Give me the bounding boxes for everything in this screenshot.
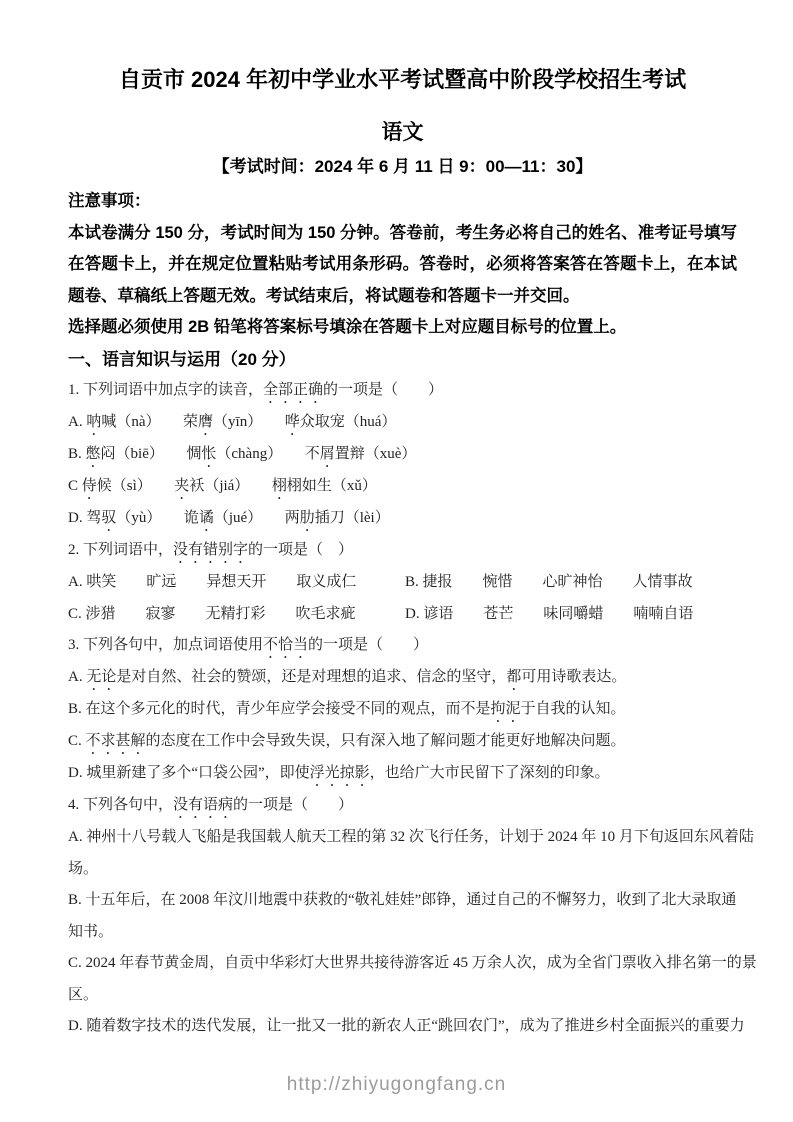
q2-option-d: D. 谚语 苍芒 味同嚼蜡 喃喃自语 [405,599,693,631]
watermark-url: http://zhiyugongfang.cn [0,1074,793,1096]
emphasized-segment: 驭 [101,510,116,526]
text-segment: 闷（biē） 惆 [101,446,202,462]
q2-row-ab: A. 哄笑 旷远 异想天开 取义成仁 B. 捷报 惋惜 心旷神怡 人情事故 [68,567,737,599]
q2-row-cd: C. 涉猎 寂寥 无精打彩 吹毛求疵 D. 谚语 苍芒 味同嚼蜡 喃喃自语 [68,599,737,631]
emphasized-segment: 谲 [199,510,214,526]
text-segment: 的一项是（ ） [308,637,428,653]
notice-line-1: 本试卷满分 150 分，考试时间为 150 分钟。答卷前，考生务必将自己的姓名、… [68,218,737,250]
text-segment: C. 2024 年春节黄金周，自贡中华彩灯大世界共接待游客近 45 万余人次，成… [68,955,757,971]
text-segment: A. [68,414,86,430]
q1-option-a: A. 呐喊（nà） 荣膺（yīn） 哗众取宠（huá） [68,407,737,439]
q4-option-a-line-2: 场。 [68,854,737,886]
text-segment: D. 谚语 苍芒 味同嚼蜡 喃喃自语 [405,606,693,622]
q3-option-b: B. 在这个多元化的时代，青少年应学会接受不同的观点，而不是拘泥于自我的认知。 [68,694,737,726]
section-heading: 一、语言知识与运用（20 分） [68,344,737,376]
emphasized-segment: 呐 [86,414,101,430]
q2-stem: 2. 下列词语中，没有错别字的一项是（ ） [68,535,737,567]
emphasized-segment: 拘泥 [491,701,521,717]
q4-option-c-line-1: C. 2024 年春节黄金周，自贡中华彩灯大世界共接待游客近 45 万余人次，成… [68,948,737,980]
text-segment: C. [68,733,86,749]
q2-option-a: A. 哄笑 旷远 异想天开 取义成仁 [68,567,405,599]
emphasized-segment: 憋 [86,446,101,462]
text-segment: A. 哄笑 旷远 异想天开 取义成仁 [68,574,356,590]
notice-heading: 注意事项： [68,186,737,218]
emphasized-segment: 怅 [201,446,216,462]
emphasized-segment: 没有语病 [173,797,233,813]
text-segment: 可用诗歌表达。 [521,669,626,685]
emphasized-segment: 侍 [82,478,97,494]
text-segment: D. 随着数字技术的迭代发展，让一批又一批的新农人正“跳回农门”，成为了推进乡村… [68,1018,745,1034]
text-segment: D. 驾 [68,510,101,526]
text-segment: 3. 下列各句中，加点词语使用 [68,637,263,653]
text-segment: 的一项是（ ） [233,797,353,813]
text-segment: （jué） 两 [214,510,300,526]
text-segment: 是对自然、社会的赞颂，还是对理想的追求、信念的坚守， [116,669,506,685]
text-segment: ，也给广大市民留下了深刻的印象。 [370,765,610,781]
text-segment: C. 涉猎 寂寥 无精打彩 吹毛求疵 [68,606,356,622]
exam-paper-page: 自贡市 2024 年初中学业水平考试暨高中阶段学校招生考试 语文 【考试时间：2… [0,0,793,1043]
text-segment: 于自我的认知。 [521,701,626,717]
text-segment: 1. 下列词语中加点字的读音， [68,382,263,398]
q4-option-b-line-1: B. 十五年后，在 2008 年汶川地震中获救的“敬礼娃娃”郎铮，通过自己的不懈… [68,885,737,917]
q4-option-c-line-2: 区。 [68,980,737,1012]
text-segment: 袄（jiá） [189,478,272,494]
emphasized-segment: 浮光掠影 [310,765,370,781]
notice-line-3: 题卷、草稿纸上答题无效。考试结束后，将试题卷和答题卡一并交回。 [68,281,737,313]
text-segment: B. 捷报 惋惜 心旷神怡 人情事故 [405,574,693,590]
q2-option-b: B. 捷报 惋惜 心旷神怡 人情事故 [405,567,693,599]
emphasized-segment: 不求甚解 [86,733,146,749]
text-segment: （yù） 诡 [116,510,199,526]
text-segment: D. 城里新建了多个“口袋公园”，即使 [68,765,310,781]
text-segment: 2. 下列词语中， [68,542,173,558]
text-segment: A. 神州十八号载人飞船是我国载人航天工程的第 32 次飞行任务，计划于 202… [68,829,754,845]
emphasized-segment: 没有错别字 [173,542,248,558]
text-segment: A. [68,669,86,685]
q1-stem: 1. 下列词语中加点字的读音，全部正确的一项是（ ） [68,375,737,407]
text-segment: 栩如生（xǔ） [287,478,377,494]
q3-stem: 3. 下列各句中，加点词语使用不恰当的一项是（ ） [68,630,737,662]
emphasized-segment: 都 [506,669,521,685]
emphasized-segment: 屑 [320,446,335,462]
emphasized-segment: 不恰当 [263,637,308,653]
exam-body: 注意事项： 本试卷满分 150 分，考试时间为 150 分钟。答卷前，考生务必将… [68,186,737,1043]
q4-option-b-line-2: 知书。 [68,917,737,949]
q2-option-c: C. 涉猎 寂寥 无精打彩 吹毛求疵 [68,599,405,631]
text-segment: 置辩（xuè） [335,446,417,462]
emphasized-segment: 全部正确 [263,382,323,398]
exam-subject: 语文 [68,118,737,148]
q3-option-d: D. 城里新建了多个“口袋公园”，即使浮光掠影，也给广大市民留下了深刻的印象。 [68,758,737,790]
q3-option-c: C. 不求甚解的态度在工作中会导致失误，只有深入地了解问题才能更好地解决问题。 [68,726,737,758]
q1-option-c: C 侍候（sì） 夹袄（jiá） 栩栩如生（xǔ） [68,471,737,503]
emphasized-segment: 栩 [272,478,287,494]
q1-option-d: D. 驾驭（yù） 诡谲（jué） 两肋插刀（lèi） [68,503,737,535]
notice-line-2: 在答题卡上，并在规定位置粘贴考试用条形码。答卷时，必须将答案答在答题卡上，在本试 [68,249,737,281]
text-segment: C [68,478,82,494]
text-segment: 候（sì） [97,478,175,494]
q1-option-b: B. 憋闷（biē） 惆怅（chàng） 不屑置辩（xuè） [68,439,737,471]
emphasized-segment: 无论 [86,669,116,685]
text-segment: （yīn） [213,414,285,430]
text-segment: 知书。 [68,924,113,940]
text-segment: B. 十五年后，在 2008 年汶川地震中获救的“敬礼娃娃”郎铮，通过自己的不懈… [68,892,736,908]
text-segment: 场。 [68,861,98,877]
text-segment: 众取宠（huá） [300,414,397,430]
q4-option-a-line-1: A. 神州十八号载人飞船是我国载人航天工程的第 32 次飞行任务，计划于 202… [68,822,737,854]
text-segment: 喊（nà） 荣 [101,414,198,430]
exam-title: 自贡市 2024 年初中学业水平考试暨高中阶段学校招生考试 [68,64,737,96]
text-segment: 区。 [68,987,98,1003]
q4-stem: 4. 下列各句中，没有语病的一项是（ ） [68,790,737,822]
text-segment: 的一项是（ ） [323,382,443,398]
notice-line-4: 选择题必须使用 2B 铅笔将答案标号填涂在答题卡上对应题目标号的位置上。 [68,312,737,344]
q3-option-a: A. 无论是对自然、社会的赞颂，还是对理想的追求、信念的坚守，都可用诗歌表达。 [68,662,737,694]
emphasized-segment: 肋 [300,510,315,526]
text-segment: B. 在这个多元化的时代，青少年应学会接受不同的观点，而不是 [68,701,491,717]
q4-option-d-line-1: D. 随着数字技术的迭代发展，让一批又一批的新农人正“跳回农门”，成为了推进乡村… [68,1011,737,1043]
exam-time: 【考试时间：2024 年 6 月 11 日 9：00—11：30】 [68,154,737,180]
text-segment: 4. 下列各句中， [68,797,173,813]
text-segment: 的态度在工作中会导致失误，只有深入地了解问题才能更好地解决问题。 [146,733,626,749]
emphasized-segment: 哗 [285,414,300,430]
text-segment: 的一项是（ ） [248,542,353,558]
text-segment: （chàng） 不 [216,446,319,462]
text-segment: 插刀（lèi） [315,510,390,526]
emphasized-segment: 膺 [198,414,213,430]
emphasized-segment: 夹 [174,478,189,494]
text-segment: B. [68,446,86,462]
